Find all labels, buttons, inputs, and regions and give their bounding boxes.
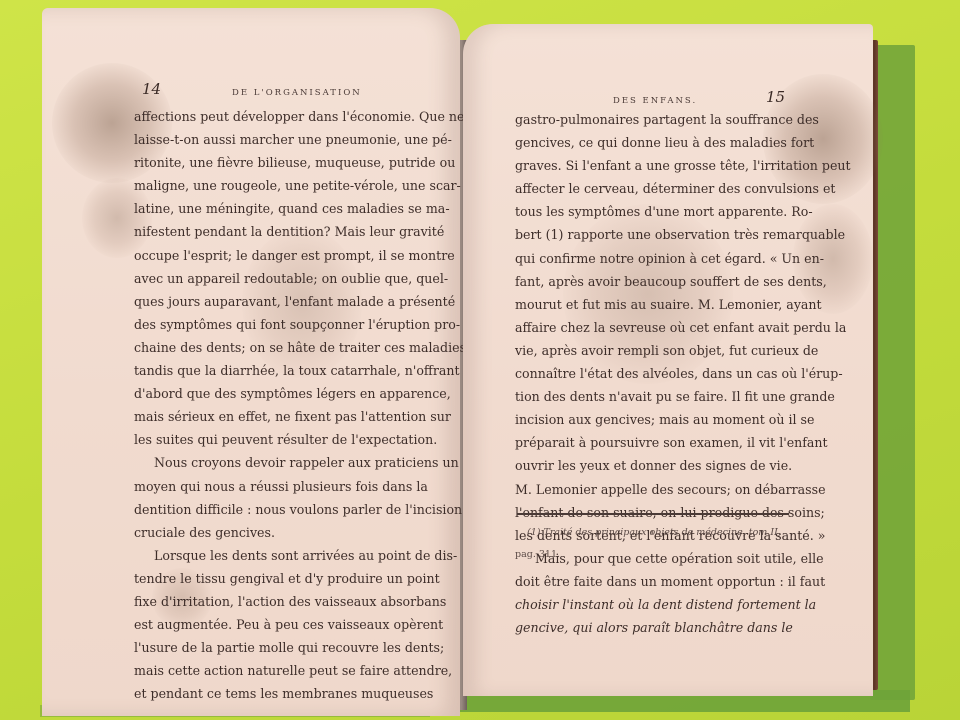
- text-line: M. Lemonier appelle des secours; on déba…: [515, 478, 791, 501]
- left-page: 14 DE L'ORGANISATION affections peut dév…: [42, 8, 460, 716]
- text-line: latine, une méningite, quand ces maladie…: [134, 197, 421, 220]
- text-line: d'abord que des symptômes légers en appa…: [134, 382, 421, 405]
- page-number: 14: [142, 80, 161, 98]
- text-line: maligne, une rougeole, une petite-vérole…: [134, 174, 421, 197]
- text-line: affecter le cerveau, déterminer des conv…: [515, 177, 791, 200]
- running-head: DE L'ORGANISATION: [232, 88, 362, 98]
- text-line: fant, après avoir beaucoup souffert de s…: [515, 270, 791, 293]
- text-line: chaine des dents; on se hâte de traiter …: [134, 336, 421, 359]
- text-line-italic: gencive, qui alors paraît blanchâtre dan…: [515, 616, 791, 639]
- text-line: gastro-pulmonaires partagent la souffran…: [515, 108, 791, 131]
- text-line: l'usure de la partie molle qui recouvre …: [134, 636, 421, 659]
- left-page-body: affections peut développer dans l'économ…: [134, 105, 421, 705]
- running-head: DES ENFANS.: [613, 96, 697, 106]
- text-line: qui confirme notre opinion à cet égard. …: [515, 247, 791, 270]
- footnote: (1) Traité des principaux objets de méde…: [527, 522, 789, 566]
- text-line: cruciale des gencives.: [134, 521, 421, 544]
- text-line: affaire chez la sevreuse où cet enfant a…: [515, 316, 791, 339]
- text-line: doit être faite dans un moment opportun …: [515, 570, 791, 593]
- text-line: mourut et fut mis au suaire. M. Lemonier…: [515, 293, 791, 316]
- text-line: ouvrir les yeux et donner des signes de …: [515, 454, 791, 477]
- text-line: et pendant ce tems les membranes muqueus…: [134, 682, 421, 705]
- text-line: dentition difficile : nous voulons parle…: [134, 498, 421, 521]
- text-line: les suites qui peuvent résulter de l'exp…: [134, 428, 421, 451]
- text-line: tous les symptômes d'une mort apparente.…: [515, 200, 791, 223]
- text-line: tendre le tissu gengival et d'y produire…: [134, 567, 421, 590]
- paragraph-start-line: Lorsque les dents sont arrivées au point…: [134, 544, 421, 567]
- text-line: occupe l'esprit; le danger est prompt, i…: [134, 244, 421, 267]
- text-line: tandis que la diarrhée, la toux catarrha…: [134, 359, 421, 382]
- text-line: mais sérieux en effet, ne fixent pas l'a…: [134, 405, 421, 428]
- paragraph-start-line: Nous croyons devoir rappeler aux pratici…: [134, 451, 421, 474]
- text-line-italic: choisir l'instant où la dent distend for…: [515, 593, 791, 616]
- footnote-line: (1) Traité des principaux objets de méde…: [527, 522, 789, 544]
- text-line: bert (1) rapporte une observation très r…: [515, 223, 791, 246]
- text-line: laisse-t-on aussi marcher une pneumonie,…: [134, 128, 421, 151]
- text-line: mais cette action naturelle peut se fair…: [134, 659, 421, 682]
- text-line: ritonite, une fièvre bilieuse, muqueuse,…: [134, 151, 421, 174]
- text-line: vie, après avoir rempli son objet, fut c…: [515, 339, 791, 362]
- text-line: nifestent pendant la dentition? Mais leu…: [134, 220, 421, 243]
- text-line: gencives, ce qui donne lieu à des maladi…: [515, 131, 791, 154]
- footnote-line: pag. 311.: [515, 544, 789, 566]
- right-page: DES ENFANS. 15 gastro-pulmonaires partag…: [463, 24, 873, 696]
- text-line: incision aux gencives; mais au moment où…: [515, 408, 791, 431]
- text-line: fixe d'irritation, l'action des vaisseau…: [134, 590, 421, 613]
- text-line: ques jours auparavant, l'enfant malade a…: [134, 290, 421, 313]
- text-line: moyen qui nous a réussi plusieurs fois d…: [134, 475, 421, 498]
- text-line: connaître l'état des alvéoles, dans un c…: [515, 362, 791, 385]
- footnote-rule: [517, 513, 789, 515]
- page-number: 15: [766, 88, 785, 106]
- text-line: des symptômes qui font soupçonner l'érup…: [134, 313, 421, 336]
- text-line: préparait à poursuivre son examen, il vi…: [515, 431, 791, 454]
- text-line: tion des dents n'avait pu se faire. Il f…: [515, 385, 791, 408]
- text-line: avec un appareil redoutable; on oublie q…: [134, 267, 421, 290]
- text-line: est augmentée. Peu à peu ces vaisseaux o…: [134, 613, 421, 636]
- text-line: affections peut développer dans l'économ…: [134, 105, 421, 128]
- text-line: graves. Si l'enfant a une grosse tête, l…: [515, 154, 791, 177]
